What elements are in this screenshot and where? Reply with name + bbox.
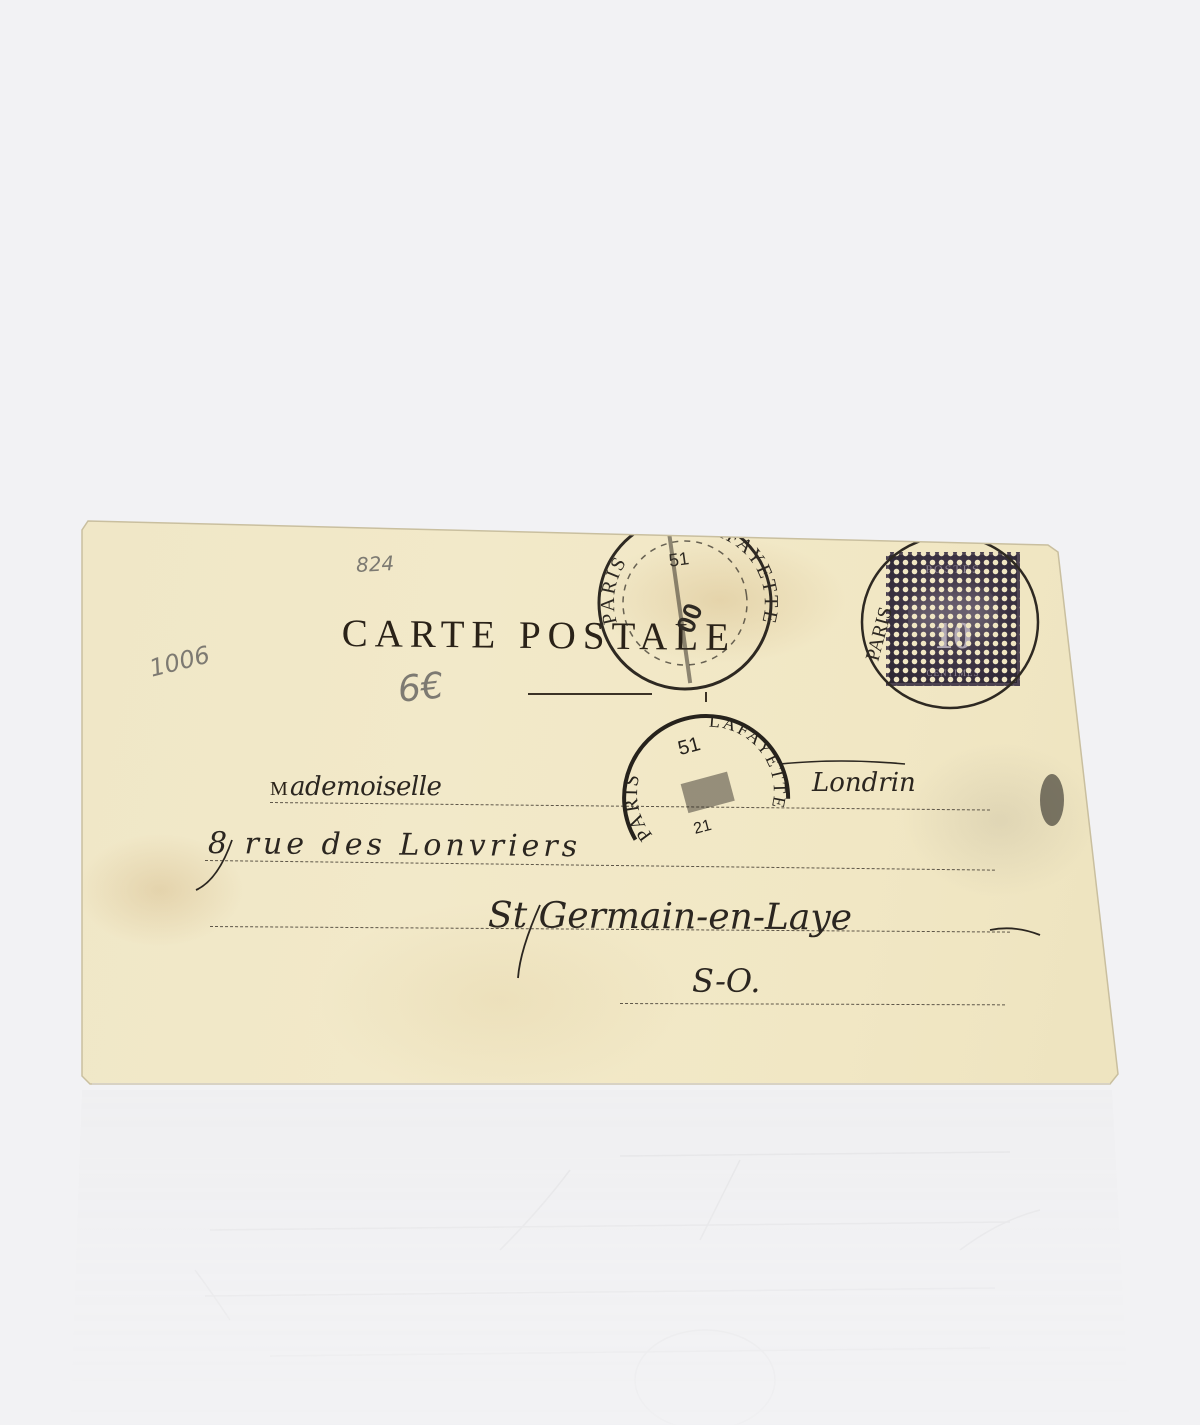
- postmark-2-day: 21: [692, 817, 714, 838]
- handwriting-descender-city: [518, 905, 540, 978]
- name-underline-flourish: [780, 761, 905, 764]
- postcard-reflection: [0, 1090, 1200, 1425]
- handwriting-tail-city: [990, 928, 1040, 935]
- svg-text:PARIS: PARIS: [612, 766, 662, 848]
- svg-text:PARIS: PARIS: [589, 550, 640, 627]
- postmark-lafayette-middle: PARIS LAFAYETTE 51 21: [602, 695, 798, 854]
- postmark-lafayette-top: PARIS LAFAYETTE 51 00: [586, 504, 793, 700]
- photo-scene: 824 1006 6€ CARTE POSTALE M ademoiselle …: [0, 0, 1200, 1425]
- postmark-2-office: LAFAYETTE: [703, 695, 797, 825]
- postmark-2-city: PARIS: [612, 766, 662, 848]
- edge-postmark-smudge: [1040, 774, 1064, 826]
- postmark-stamp-cancel: PARIS: [862, 536, 1038, 708]
- postmark-3-city: PARIS: [862, 605, 897, 664]
- postmark-1-city: PARIS: [589, 550, 640, 627]
- handwriting-descender-street: [196, 840, 232, 890]
- postmark-1-year: 00: [670, 599, 709, 637]
- reflection-shape: [0, 1090, 1200, 1425]
- postmark-2-number: 51: [676, 733, 703, 760]
- svg-text:LAFAYETTE: LAFAYETTE: [703, 695, 797, 825]
